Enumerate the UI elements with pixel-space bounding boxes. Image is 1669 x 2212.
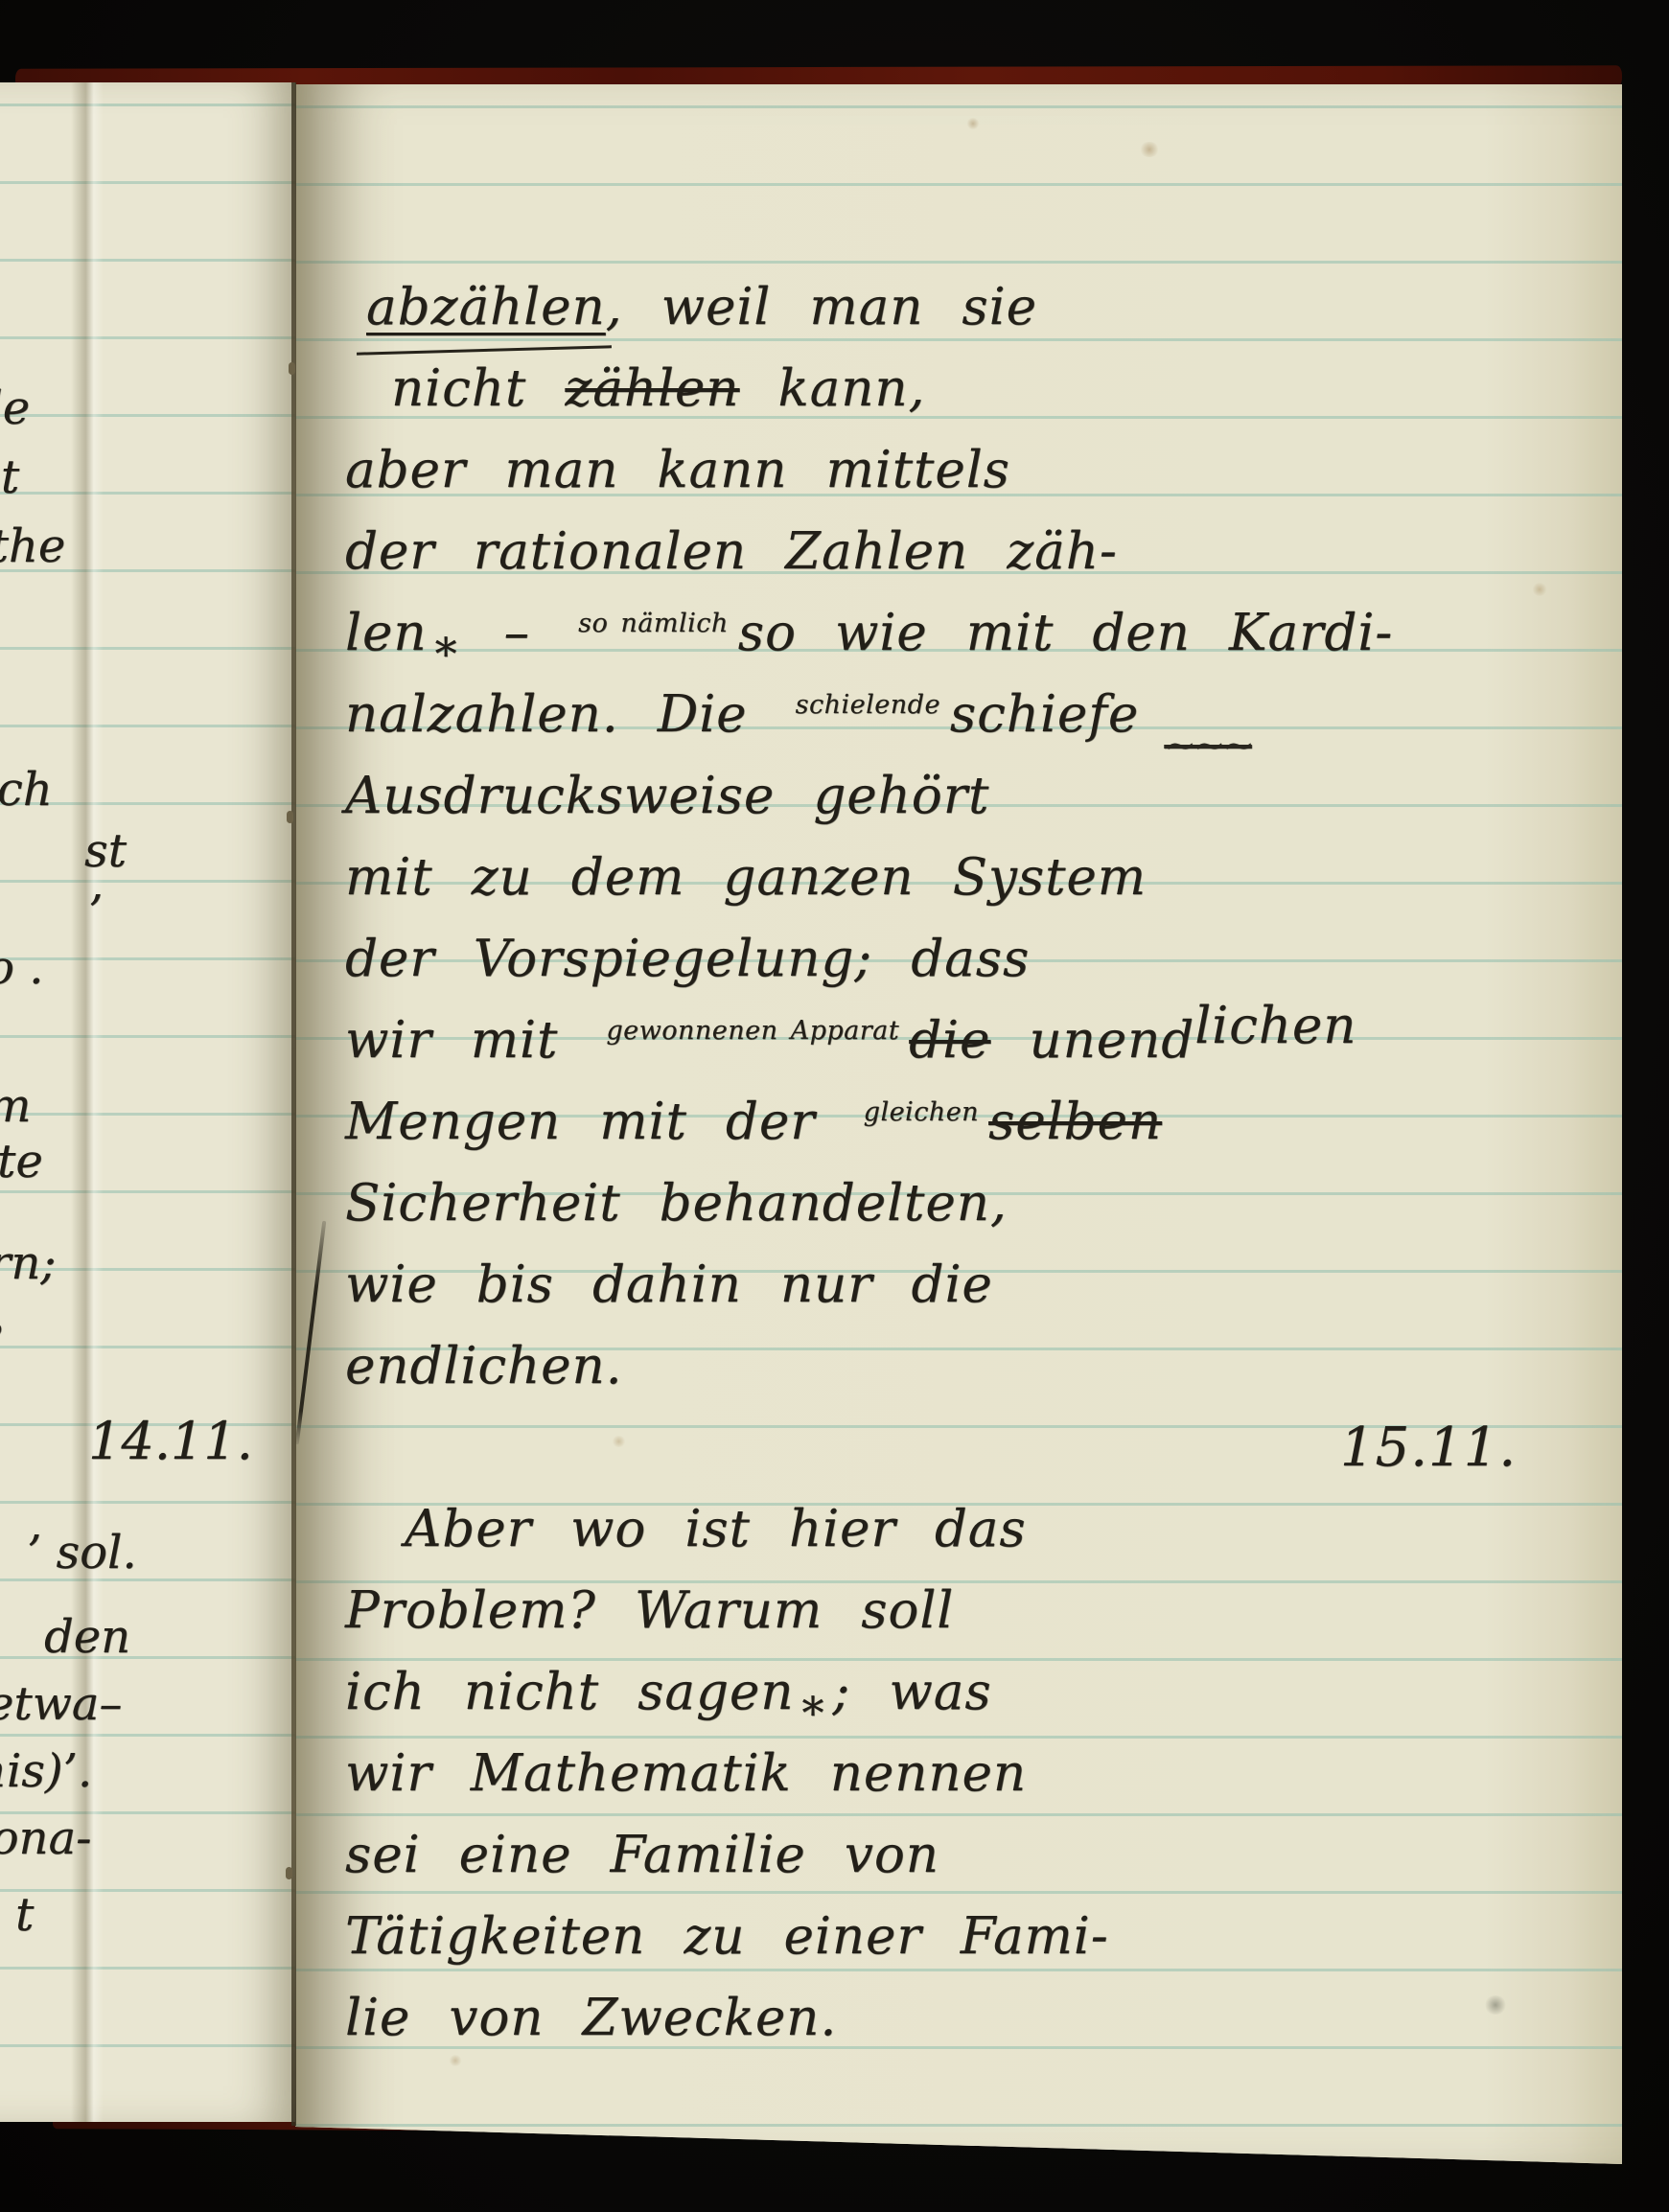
handwriting-line: len* – so nämlichso wie mit den Kardi- — [345, 592, 1591, 674]
handwriting-line: abzählen, weil man sie — [345, 266, 1591, 348]
interline-insertion: gewonnenen Apparat — [606, 990, 899, 1071]
handwriting-segment: wie bis dahin nur die — [345, 1256, 993, 1314]
handwriting-segment: ich nicht sagen — [345, 1663, 794, 1721]
handwriting-line: wie bis dahin nur die — [345, 1244, 1591, 1325]
handwriting-line: wir mit gewonnenen Apparatdie unendliche… — [345, 1000, 1591, 1081]
handwriting-segment: nicht — [391, 359, 565, 418]
crossed-out-scribble: ~~~ — [1164, 705, 1252, 787]
left-page-fragment: den — [44, 1612, 130, 1662]
left-page-fragment: bothe — [0, 521, 65, 571]
handwriting-segment: wir Mathematik nennen — [345, 1744, 1027, 1803]
handwriting-segment: Problem? Warum soll — [345, 1581, 954, 1640]
left-page-fragment: tiona- — [0, 1813, 91, 1863]
left-page-fragment: um — [0, 1081, 31, 1131]
binding-gutter — [291, 82, 296, 2126]
handwriting-line: nalzahlen. Die schielendeschiefe~~~ — [345, 674, 1591, 755]
handwriting-segment: sei eine Familie von — [345, 1826, 939, 1884]
interline-insertion: gleichen — [864, 1071, 979, 1153]
handwriting-segment: Mengen mit der — [345, 1093, 854, 1151]
asterisk-mark: * — [801, 1672, 824, 1754]
handwriting-segment: Sicherheit behandelten, — [345, 1174, 1008, 1233]
left-page: de ht bothe uch st ’ o . um este ern; ue… — [0, 82, 295, 2122]
handwriting-line: Aber wo ist hier das — [345, 1488, 1591, 1570]
left-page-fragment: este — [0, 1137, 43, 1187]
handwriting-segment: nalzahlen. Die — [345, 685, 786, 744]
handwriting-segment: lie von Zwecken. — [345, 1989, 837, 2047]
handwriting-line: aber man kann mittels — [345, 429, 1591, 511]
binding-stitch — [287, 811, 293, 823]
foxing-spot — [1139, 142, 1160, 157]
left-page-fragment: ht — [0, 452, 19, 502]
handwriting-segment: der rationalen Zahlen zäh- — [345, 522, 1118, 581]
handwriting-line: ich nicht sagen*; was — [345, 1651, 1591, 1733]
notebook-photo: de ht bothe uch st ’ o . um este ern; ue… — [0, 0, 1669, 2212]
handwriting-segment: Aber wo ist hier das — [405, 1500, 1027, 1558]
handwriting-line: mit zu dem ganzen System — [345, 837, 1591, 918]
handwriting-line: wir Mathematik nennen — [345, 1733, 1591, 1814]
handwriting-segment: , weil man sie — [606, 278, 1037, 336]
handwriting-segment: unend — [990, 1011, 1194, 1070]
left-page-fragment: ern; — [0, 1238, 56, 1288]
handwriting-line: Problem? Warum soll — [345, 1570, 1591, 1651]
binding-stitch — [289, 362, 295, 375]
main-page: abzählen, weil man sie nicht zählen kann… — [295, 84, 1622, 2164]
handwriting-line: Mengen mit der gleichenselben — [345, 1081, 1591, 1163]
handwriting-line: Ausdrucksweise gehört — [345, 755, 1591, 837]
struck-word: die — [909, 1011, 990, 1070]
raised-word-ending: lichen — [1194, 985, 1356, 1067]
date-15-11: 15.11. — [345, 1407, 1591, 1488]
handwriting-segment: der Vorspiegelung; dass — [345, 930, 1030, 988]
struck-word: zählen — [565, 359, 739, 418]
left-page-fragment: de — [0, 383, 30, 433]
handwriting-line: der rationalen Zahlen zäh- — [345, 511, 1591, 592]
handwriting-segment: Tätigkeiten zu einer Fami- — [345, 1907, 1109, 1966]
left-page-fragment: ’ — [88, 887, 103, 937]
left-page-fragment: uch — [0, 765, 53, 815]
handwriting-segment: so wie mit den Kardi- — [738, 604, 1393, 662]
date-text: 15.11. — [1340, 1417, 1517, 1479]
handwriting-line: der Vorspiegelung; dass — [345, 918, 1591, 1000]
handwriting-segment: schiefe — [950, 685, 1139, 744]
handwriting-segment: aber man kann mittels — [345, 441, 1010, 499]
handwriting-line: nicht zählen kann, — [345, 348, 1591, 429]
left-page-fragment: t — [15, 1890, 34, 1940]
handwriting-segment: Ausdrucksweise gehört — [345, 767, 989, 825]
date-14-11: 14.11. — [88, 1417, 253, 1466]
left-page-fragment: etwa– — [0, 1679, 122, 1729]
underlined-word: abzählen — [366, 278, 606, 336]
foxing-spot — [966, 118, 980, 129]
handwriting-segment: ; was — [832, 1663, 991, 1721]
interline-insertion: so nämlich — [578, 583, 729, 664]
handwriting-line: lie von Zwecken. — [345, 1977, 1591, 2059]
stray-pen-stroke — [295, 1221, 327, 1445]
handwriting-line: sei eine Familie von — [345, 1814, 1591, 1896]
left-page-fragment: ue — [0, 1307, 3, 1357]
left-page-fragment: st — [84, 826, 127, 876]
left-page-fragment: ’ sol. — [27, 1528, 137, 1578]
handwriting-segment: endlichen. — [345, 1337, 623, 1395]
handwriting-segment: kann, — [739, 359, 925, 418]
binding-stitch — [286, 1867, 292, 1879]
asterisk-mark: * — [434, 613, 457, 695]
manuscript-text: abzählen, weil man sie nicht zählen kann… — [345, 266, 1591, 2059]
interline-insertion: schielende — [796, 664, 940, 746]
left-page-fragment: o . — [0, 943, 43, 993]
handwriting-segment: mit zu dem ganzen System — [345, 848, 1147, 907]
handwriting-line: endlichen. — [345, 1325, 1591, 1407]
handwriting-segment: wir mit — [345, 1011, 596, 1070]
handwriting-line: Tätigkeiten zu einer Fami- — [345, 1896, 1591, 1977]
handwriting-segment: – — [465, 604, 568, 662]
handwriting-segment: len — [345, 604, 427, 662]
struck-word: selben — [988, 1093, 1162, 1151]
left-page-fragment: his)’. — [0, 1746, 92, 1796]
handwriting-line: Sicherheit behandelten, — [345, 1163, 1591, 1244]
